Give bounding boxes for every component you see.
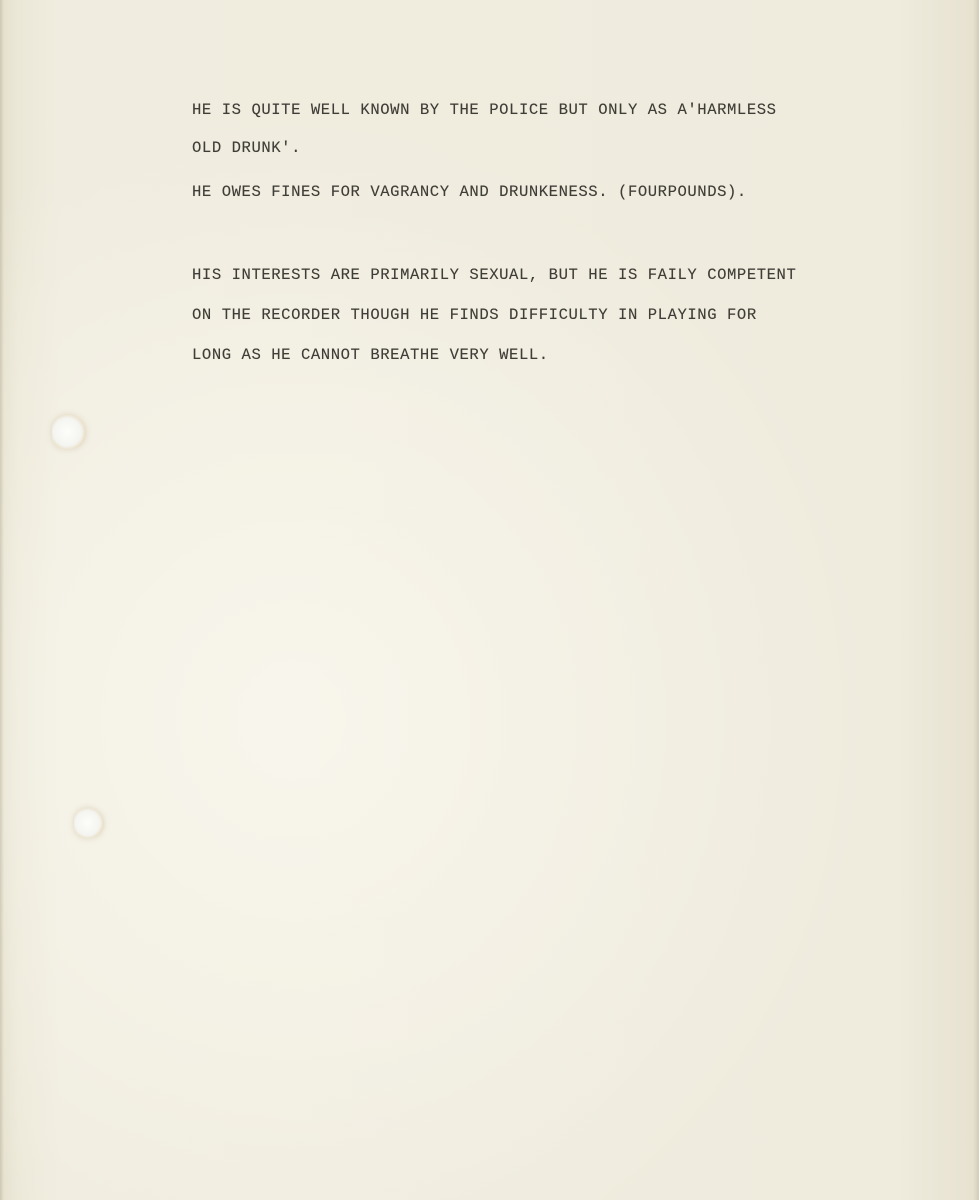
paragraph-3-line-3: LONG AS HE CANNOT BREATHE VERY WELL. — [192, 346, 549, 364]
punch-hole-icon — [52, 415, 86, 449]
paragraph-2-line-1: HE OWES FINES FOR VAGRANCY AND DRUNKENES… — [192, 183, 747, 201]
paragraph-1-line-2: OLD DRUNK'. — [192, 139, 301, 157]
paper-edge-left — [0, 0, 4, 1200]
paragraph-1-line-1: HE IS QUITE WELL KNOWN BY THE POLICE BUT… — [192, 101, 777, 119]
punch-hole-icon — [74, 808, 104, 838]
document-page: HE IS QUITE WELL KNOWN BY THE POLICE BUT… — [0, 0, 979, 1200]
paragraph-3-line-1: HIS INTERESTS ARE PRIMARILY SEXUAL, BUT … — [192, 266, 796, 284]
paragraph-3-line-2: ON THE RECORDER THOUGH HE FINDS DIFFICUL… — [192, 306, 757, 324]
paper-edge-right — [973, 0, 979, 1200]
